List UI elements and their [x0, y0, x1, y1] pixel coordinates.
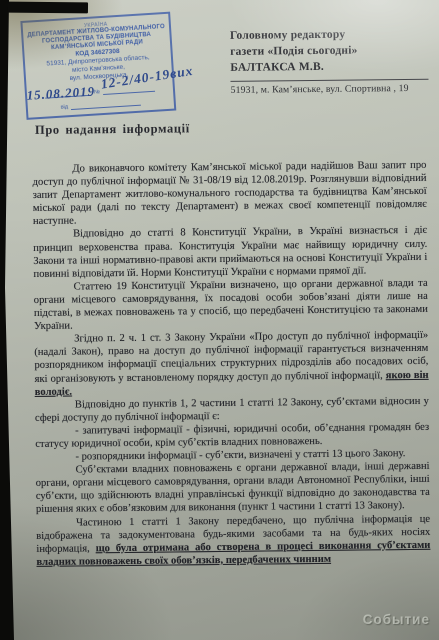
stamp-vid-label: від — [61, 104, 69, 110]
paragraph: Суб’єктами владних повноважень є органи … — [35, 460, 430, 516]
paragraph: Статтею 19 Конституції України визначено… — [34, 277, 429, 333]
paragraph: Згідно п. 2 ч. 1 ст. 3 Закону України «П… — [34, 329, 429, 399]
paragraph: До виконавчого комітету Кам’янської місь… — [32, 159, 427, 229]
paragraph-text: Суб’єктами владних повноважень є органи … — [36, 461, 430, 515]
recipient-divider — [230, 79, 428, 82]
photo-edge-top — [8, 2, 88, 14]
recipient-name: БАЛТАКСА М.В. — [230, 58, 430, 76]
official-stamp: УКРАЇНА ДЕПАРТАМЕНТ ЖИТЛОВО-КОМУНАЛЬНОГО… — [20, 12, 176, 120]
paragraph-text: Згідно п. 2 ч. 1 ст. 3 Закону України «П… — [34, 330, 428, 384]
letter-content: УКРАЇНА ДЕПАРТАМЕНТ ЖИТЛОВО-КОМУНАЛЬНОГО… — [0, 0, 439, 640]
emphasized-text: що була отримана або створена в процесі … — [36, 540, 430, 568]
recipient-block: Головному редактору газети «Подія сьогод… — [230, 26, 431, 96]
recipient-address: 51931, м. Кам’янське, вул. Спортивна , 1… — [231, 83, 431, 96]
document-subject: Про надання інформації — [35, 121, 190, 138]
paragraph: Частиною 1 статті 1 Закону передбачено, … — [36, 512, 431, 568]
watermark: Событие — [363, 612, 430, 627]
paragraph: Відповідно до пунктів 1, 2 частини 1 ста… — [35, 394, 429, 424]
paragraph-text: Статтею 19 Конституції України визначено… — [34, 278, 428, 332]
paragraph: - запитувачі інформації - фізичні, юриди… — [35, 421, 429, 451]
paragraph: Відповідно до статті 8 Конституції Украї… — [33, 224, 428, 280]
photographed-letter: УКРАЇНА ДЕПАРТАМЕНТ ЖИТЛОВО-КОМУНАЛЬНОГО… — [0, 0, 439, 640]
paragraph-text: Відповідно до пунктів 1, 2 частини 1 ста… — [35, 395, 429, 423]
document-body: До виконавчого комітету Кам’янської місь… — [32, 159, 430, 569]
paragraph-text: Відповідно до статті 8 Конституції Украї… — [33, 225, 427, 279]
paragraph-text: До виконавчого комітету Кам’янської місь… — [32, 160, 426, 227]
paragraph-text: - запитувачі інформації - фізичні, юриди… — [35, 422, 429, 450]
